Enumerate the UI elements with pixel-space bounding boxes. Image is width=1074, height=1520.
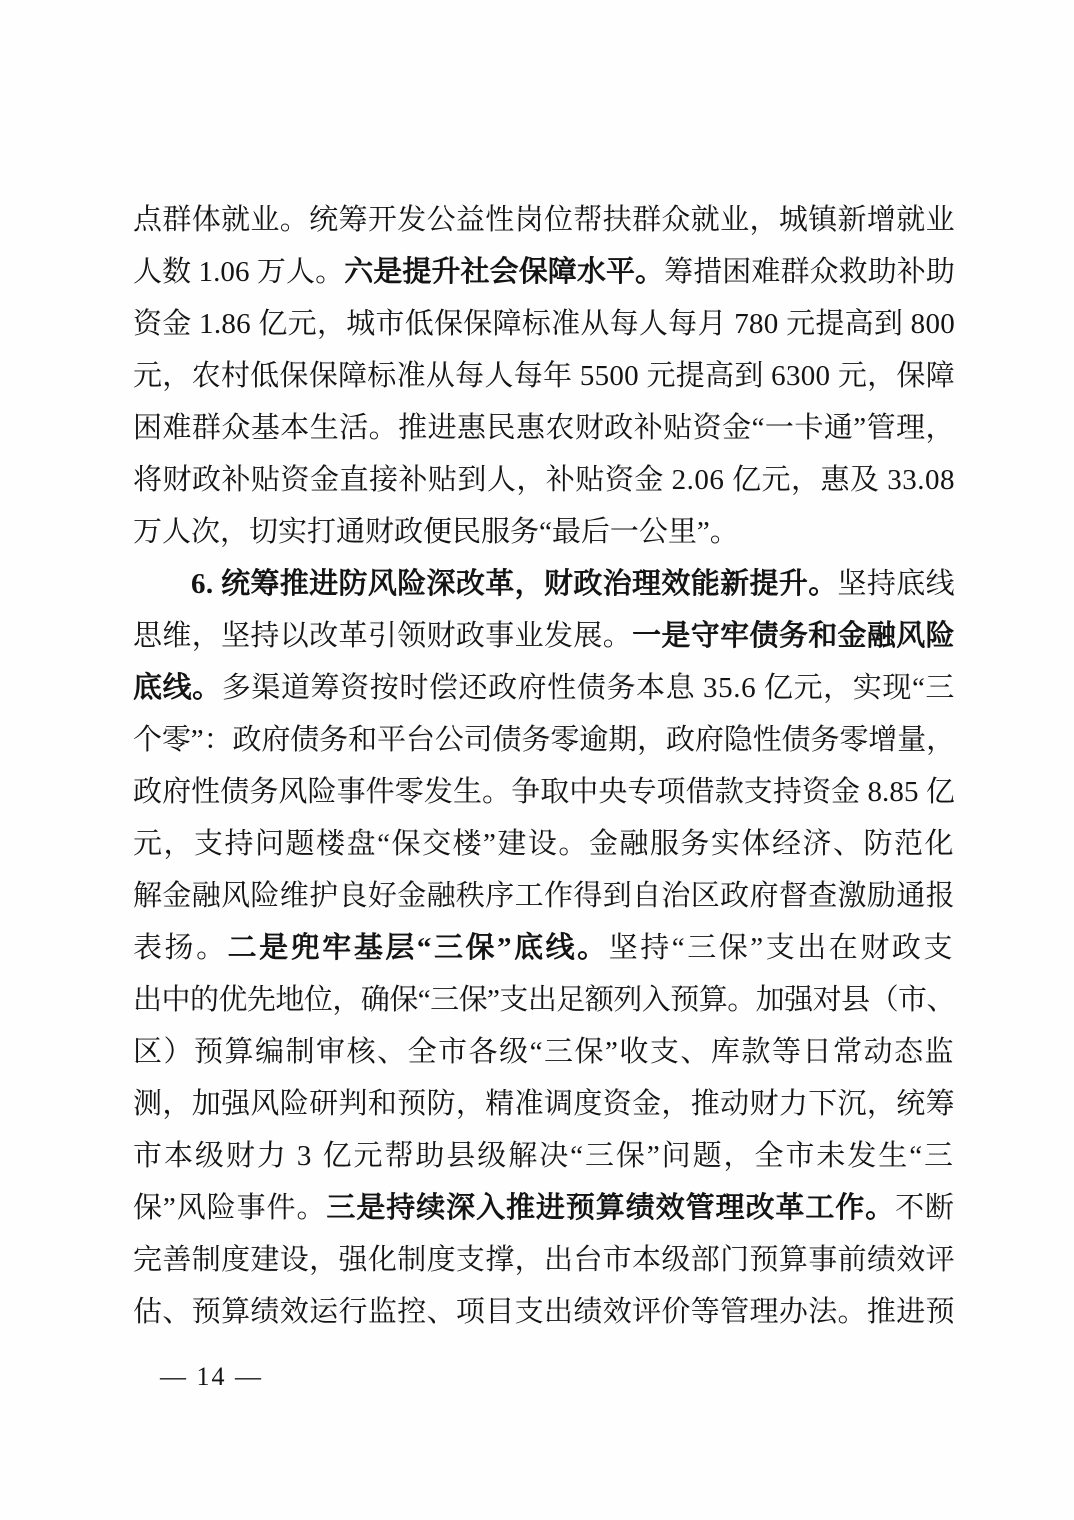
- text-line: 测，加强风险研判和预防，精准调度资金，推动财力下沉，统筹: [133, 1078, 955, 1130]
- body-text: 个零”：政府债务和平台公司债务零逾期，政府隐性债务零增量，: [133, 724, 955, 756]
- emphasis-text: 6. 统筹推进防风险深改革，财政治理效能新提升。: [191, 568, 838, 600]
- body-text: 思维，坚持以改革引领财政事业发展。: [133, 620, 632, 652]
- body-text: 困难群众基本生活。推进惠民惠农财政补贴资金“一卡通”管理，: [133, 412, 955, 444]
- body-text: 区）预算编制审核、全市各级“三保”收支、库款等日常动态监: [133, 1036, 955, 1068]
- text-line: 资金 1.86 亿元，城市低保保障标准从每人每月 780 元提高到 800: [133, 298, 955, 350]
- body-text: 元，支持问题楼盘“保交楼”建设。金融服务实体经济、防范化: [133, 828, 955, 860]
- body-text: 点群体就业。统筹开发公益性岗位帮扶群众就业，城镇新增就业: [133, 204, 955, 236]
- body-text: 政府性债务风险事件零发生。争取中央专项借款支持资金 8.85 亿: [133, 776, 955, 808]
- text-line: 出中的优先地位，确保“三保”支出足额列入预算。加强对县（市、: [133, 974, 955, 1026]
- text-line: 思维，坚持以改革引领财政事业发展。一是守牢债务和金融风险: [133, 610, 955, 662]
- emphasis-text: 底线。: [133, 672, 222, 704]
- text-line: 估、预算绩效运行监控、项目支出绩效评价等管理办法。推进预: [133, 1286, 955, 1338]
- text-line: 区）预算编制审核、全市各级“三保”收支、库款等日常动态监: [133, 1026, 955, 1078]
- text-line: 市本级财力 3 亿元帮助县级解决“三保”问题，全市未发生“三: [133, 1130, 955, 1182]
- emphasis-text: 二是兜牢基层“三保”底线。: [228, 932, 609, 964]
- body-text: 出中的优先地位，确保“三保”支出足额列入预算。加强对县（市、: [133, 984, 955, 1016]
- body-text: 多渠道筹资按时偿还政府性债务本息 35.6 亿元，实现“三: [222, 672, 955, 704]
- text-line: 困难群众基本生活。推进惠民惠农财政补贴资金“一卡通”管理，: [133, 402, 955, 454]
- body-text: 坚持“三保”支出在财政支: [609, 932, 955, 964]
- body-text: 解金融风险维护良好金融秩序工作得到自治区政府督查激励通报: [133, 880, 955, 912]
- text-line: 个零”：政府债务和平台公司债务零逾期，政府隐性债务零增量，: [133, 714, 955, 766]
- body-text: 元，农村低保保障标准从每人每年 5500 元提高到 6300 元，保障: [133, 360, 955, 392]
- text-line: 元，支持问题楼盘“保交楼”建设。金融服务实体经济、防范化: [133, 818, 955, 870]
- body-text: 保”风险事件。: [133, 1192, 326, 1224]
- body-text: 坚持底线: [838, 568, 955, 600]
- text-line: 点群体就业。统筹开发公益性岗位帮扶群众就业，城镇新增就业: [133, 194, 955, 246]
- body-text: 不断: [895, 1192, 955, 1224]
- body-text: 完善制度建设，强化制度支撑，出台市本级部门预算事前绩效评: [133, 1244, 955, 1276]
- emphasis-text: 六是提升社会保障水平。: [344, 256, 664, 288]
- body-text: 市本级财力 3 亿元帮助县级解决“三保”问题，全市未发生“三: [133, 1140, 955, 1172]
- body-text: 表扬。: [133, 932, 228, 964]
- text-line: 表扬。二是兜牢基层“三保”底线。坚持“三保”支出在财政支: [133, 922, 955, 974]
- document-page: 点群体就业。统筹开发公益性岗位帮扶群众就业，城镇新增就业人数 1.06 万人。六…: [0, 0, 1074, 1520]
- body-text: 资金 1.86 亿元，城市低保保障标准从每人每月 780 元提高到 800: [133, 308, 955, 340]
- body-text: 万人次，切实打通财政便民服务“最后一公里”。: [133, 516, 739, 548]
- body-text: 测，加强风险研判和预防，精准调度资金，推动财力下沉，统筹: [133, 1088, 955, 1120]
- page-number: — 14 —: [160, 1361, 263, 1393]
- text-line: 万人次，切实打通财政便民服务“最后一公里”。: [133, 506, 955, 558]
- text-line: 完善制度建设，强化制度支撑，出台市本级部门预算事前绩效评: [133, 1234, 955, 1286]
- body-text: 估、预算绩效运行监控、项目支出绩效评价等管理办法。推进预: [133, 1296, 955, 1328]
- text-line: 6. 统筹推进防风险深改革，财政治理效能新提升。坚持底线: [133, 558, 955, 610]
- text-line: 元，农村低保保障标准从每人每年 5500 元提高到 6300 元，保障: [133, 350, 955, 402]
- body-text: 人数 1.06 万人。: [133, 256, 344, 288]
- text-line: 政府性债务风险事件零发生。争取中央专项借款支持资金 8.85 亿: [133, 766, 955, 818]
- text-line: 底线。多渠道筹资按时偿还政府性债务本息 35.6 亿元，实现“三: [133, 662, 955, 714]
- emphasis-text: 三是持续深入推进预算绩效管理改革工作。: [326, 1192, 895, 1224]
- text-line: 保”风险事件。三是持续深入推进预算绩效管理改革工作。不断: [133, 1182, 955, 1234]
- text-line: 人数 1.06 万人。六是提升社会保障水平。筹措困难群众救助补助: [133, 246, 955, 298]
- text-line: 解金融风险维护良好金融秩序工作得到自治区政府督查激励通报: [133, 870, 955, 922]
- emphasis-text: 一是守牢债务和金融风险: [632, 620, 955, 652]
- body-text: 将财政补贴资金直接补贴到人，补贴资金 2.06 亿元，惠及 33.08: [133, 464, 955, 496]
- body-text: 筹措困难群众救助补助: [664, 256, 955, 288]
- text-line: 将财政补贴资金直接补贴到人，补贴资金 2.06 亿元，惠及 33.08: [133, 454, 955, 506]
- document-body: 点群体就业。统筹开发公益性岗位帮扶群众就业，城镇新增就业人数 1.06 万人。六…: [133, 194, 955, 1338]
